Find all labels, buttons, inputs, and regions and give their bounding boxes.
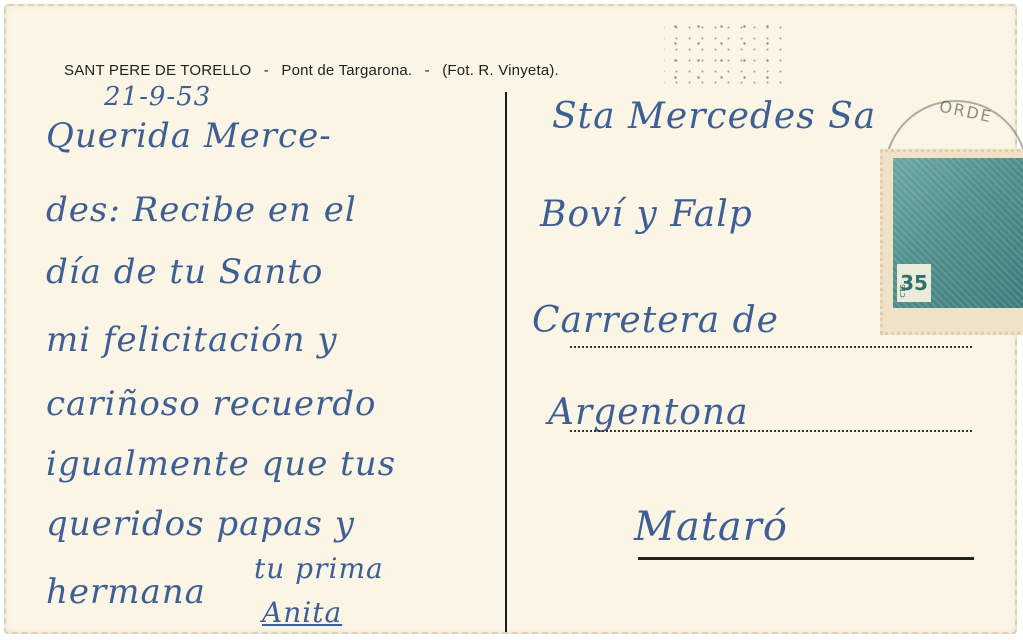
message-line: cariñoso recuerdo: [46, 384, 376, 424]
address-line-4: Argentona: [548, 392, 749, 433]
message-line: Querida Merce-: [46, 116, 332, 156]
caption-separator: -: [264, 62, 269, 79]
caption-separator: -: [425, 62, 430, 79]
caption-place: SANT PERE DE TORELLO: [64, 62, 251, 79]
message-line: queridos papas y: [46, 504, 355, 544]
message-line: igualmente que tus: [46, 444, 396, 484]
printed-caption: SANT PERE DE TORELLO - Pont de Targarona…: [64, 62, 567, 79]
center-divider-line: [505, 92, 507, 632]
address-solid-line: [638, 557, 974, 560]
address-line-1: Sta Mercedes Sa: [552, 96, 876, 137]
postage-stamp: 35 CTS: [880, 149, 1023, 335]
caption-credit: (Fot. R. Vinyeta).: [442, 62, 559, 79]
address-dotted-line: [570, 430, 972, 432]
ink-specks: [664, 18, 784, 88]
message-date: 21-9-53: [104, 82, 211, 112]
address-line-3: Carretera de: [532, 300, 779, 341]
caption-subject: Pont de Targarona.: [281, 62, 412, 79]
postcard: SANT PERE DE TORELLO - Pont de Targarona…: [4, 4, 1017, 634]
message-line: día de tu Santo: [46, 252, 323, 292]
message-closing: tu prima: [254, 552, 384, 585]
address-line-2: Boví y Falp: [540, 194, 753, 235]
message-signature: Anita: [262, 596, 342, 629]
message-line: hermana: [46, 572, 206, 612]
stamp-unit: CTS: [899, 284, 907, 298]
message-line: mi felicitación y: [46, 320, 338, 360]
address-dotted-line: [570, 346, 972, 348]
address-line-5: Mataró: [634, 504, 788, 550]
message-line: des: Recibe en el: [46, 190, 357, 230]
